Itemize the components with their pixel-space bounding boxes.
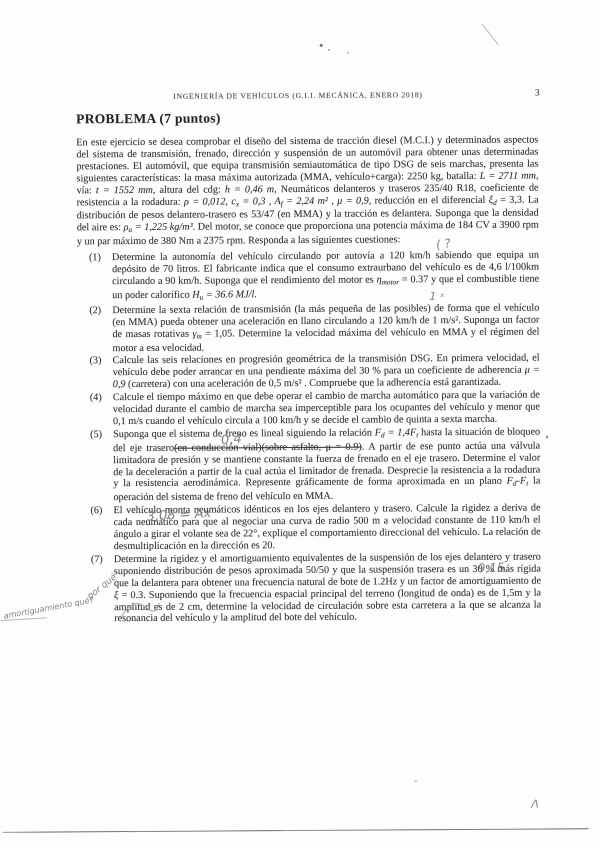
scan-speck [320, 44, 323, 47]
intro-paragraph: En este ejercicio se desea comprobar el … [76, 135, 539, 249]
text-segment: μ = 0,9 [337, 195, 369, 206]
question-text: Calcule las seis relaciones en progresió… [113, 353, 540, 390]
question-text: Determine la autonomía del vehículo circ… [112, 250, 539, 301]
question-number: (1) [89, 252, 101, 264]
text-segment: Calcule el tiempo máximo en que debe ope… [113, 390, 540, 427]
text-segment: , reducción en el diferencial [369, 194, 489, 206]
text-segment: t = 1552 mm [96, 185, 153, 196]
scan-scratch-mark [481, 23, 499, 45]
question-item-3: (3)Calcule las seis relaciones en progre… [78, 353, 540, 392]
problem-title: PROBLEMA (7 puntos) [76, 110, 221, 127]
scanned-document-page: INGENIERÍA DE VEHÍCULOS (G.I.I. MECÁNICA… [0, 0, 600, 848]
pencil-answer-item4: 0,4 [221, 432, 243, 449]
struck-text: (en conducción vial)(sobre asfalto, μ = … [174, 441, 362, 453]
text-segment: (carretera) con una aceleración de 0,5 m… [125, 377, 501, 390]
pencil-mark-question: ( ? [435, 236, 452, 252]
question-item-2: (2)Determine la sexta relación de transm… [77, 302, 539, 354]
text-segment: h = 0,46 m [225, 184, 274, 195]
question-number: (4) [90, 392, 102, 404]
pencil-mark-1x: 1 ˣ [429, 290, 445, 304]
question-number: (6) [90, 505, 102, 517]
question-number: (5) [90, 429, 102, 441]
problem-body: En este ejercicio se desea comprobar el … [76, 135, 541, 626]
scan-speck [328, 49, 330, 51]
scan-speck [347, 52, 349, 54]
handwritten-annotations-layer: ( ?1 ˣ0,43,08 = Ax9,15por quéamortiguami… [0, 0, 597, 2]
question-text: Suponga que el sistema de freno es linea… [113, 426, 540, 503]
pencil-squiggle [119, 593, 161, 621]
question-list: (1)Determine la autonomía del vehículo c… [77, 250, 541, 626]
text-segment: L = 2711 mm [480, 170, 536, 181]
running-header: INGENIERÍA DE VEHÍCULOS (G.I.I. MECÁNICA… [58, 90, 538, 102]
text-segment: = 36.6 MJ/l. [203, 289, 257, 300]
text-segment: Suponga que el sistema de freno es linea… [113, 427, 375, 440]
scan-edge-line [2, 828, 588, 833]
text-segment: = 1,4F [385, 427, 417, 438]
text-segment: Calcule las seis relaciones en progresió… [113, 353, 540, 379]
text-segment: motor [382, 277, 399, 286]
text-segment: , altura del cdg: [153, 184, 225, 195]
text-segment: Determine la rigidez y el amortiguamient… [114, 551, 541, 588]
text-segment: ρ = 0,012, c [184, 196, 236, 207]
page-number: 3 [535, 89, 540, 99]
text-segment: = 2,24 m² [283, 195, 332, 206]
question-number: (3) [90, 356, 102, 368]
page-content: INGENIERÍA DE VEHÍCULOS (G.I.I. MECÁNICA… [0, 0, 600, 848]
question-item-4: (4)Calcule el tiempo máximo en que debe … [78, 390, 540, 429]
text-segment: -F [517, 476, 527, 487]
question-text: Determine la sexta relación de transmisi… [112, 302, 539, 353]
question-text: Calcule el tiempo máximo en que debe ope… [113, 390, 540, 427]
scan-speck [546, 435, 548, 438]
scan-speck [414, 780, 417, 782]
text-segment: = 0,3 , A [239, 196, 281, 207]
question-number: (7) [91, 554, 103, 566]
pencil-caret: Λ [531, 798, 539, 811]
text-segment: En este ejercicio se desea comprobar el … [76, 135, 538, 185]
text-segment: = 1,225 kg/m³ [132, 222, 193, 233]
question-item-1: (1)Determine la autonomía del vehículo c… [77, 250, 539, 304]
pencil-answer-item6: 9,15 [478, 560, 505, 575]
question-number: (2) [89, 305, 101, 317]
text-segment: = 0.3. Suponiendo que la frecuencia espa… [114, 587, 541, 624]
question-item-5: (5)Suponga que el sistema de freno es li… [78, 426, 540, 504]
